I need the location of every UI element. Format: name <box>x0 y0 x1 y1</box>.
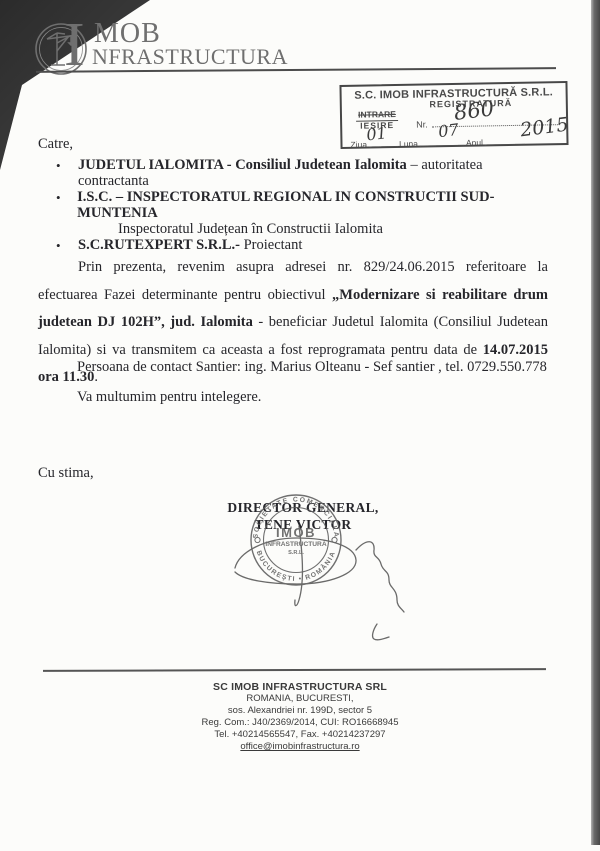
stamp-ziua-label: Ziua <box>350 140 367 150</box>
handwritten-day: 01 <box>365 123 388 144</box>
stamp-ziua-dots <box>369 145 397 147</box>
round-company-stamp-and-signature: SOCIETATE COMERCIALA BUCUREŞTI • ROMÂNIA… <box>225 488 420 658</box>
recipient-text: JUDETUL IALOMITA - Consiliul Judetean Ia… <box>78 158 556 189</box>
recipient-name: S.C.RUTEXPERT S.R.L.- <box>78 237 240 253</box>
recipient-item: • S.C.RUTEXPERT S.R.L.- Proiectant <box>56 238 556 254</box>
logo-text-infrastructura: NFRASTRUCTURA <box>92 44 288 70</box>
recipient-role: Proiectant <box>240 237 302 253</box>
recipient-name: JUDETUL IALOMITA - Consiliul Judetean Ia… <box>78 157 407 173</box>
scanned-letter-page: I MOB NFRASTRUCTURA S.C. IMOB INFRASTRUC… <box>0 0 600 851</box>
footer: SC IMOB INFRASTRUCTURA SRL ROMANIA, BUCU… <box>0 681 600 753</box>
contact-person-line: Persoana de contact Santier: ing. Marius… <box>77 359 547 376</box>
stamp-anul-label: Anul <box>466 137 483 147</box>
salutation: Catre, <box>38 136 73 153</box>
bullet-icon: • <box>56 190 77 221</box>
footer-registration-info: Reg. Com.: J40/2369/2014, CUI: RO1666894… <box>0 717 600 729</box>
handwritten-registration-number: 860 <box>453 96 496 125</box>
handwritten-month: 07 <box>437 120 460 141</box>
footer-address-country: ROMANIA, BUCURESTI, <box>0 693 600 705</box>
bullet-icon: • <box>56 158 78 189</box>
footer-company-name: SC IMOB INFRASTRUCTURA SRL <box>0 681 600 693</box>
round-stamp: SOCIETATE COMERCIALA BUCUREŞTI • ROMÂNIA… <box>251 495 341 585</box>
footer-email-link[interactable]: office@imobinfrastructura.ro <box>0 741 600 753</box>
stamp-nr-label: Nr. <box>416 119 428 129</box>
closing-salutation: Cu stima, <box>38 465 94 482</box>
recipient-subline: Inspectoratul Județean în Constructii Ia… <box>56 222 556 238</box>
recipient-item: • JUDETUL IALOMITA - Consiliul Judetean … <box>56 158 556 189</box>
handwritten-year: 2015 <box>519 114 570 142</box>
recipient-item: • I.S.C. – INSPECTORATUL REGIONAL IN CON… <box>56 190 556 221</box>
recipient-name: I.S.C. – INSPECTORATUL REGIONAL IN CONST… <box>77 190 556 221</box>
recipient-text: S.C.RUTEXPERT S.R.L.- Proiectant <box>78 238 302 254</box>
stamp-luna-label: Luna <box>399 139 418 149</box>
recipient-list: • JUDETUL IALOMITA - Consiliul Judetean … <box>56 158 556 254</box>
registration-stamp: S.C. IMOB INFRASTRUCTURĂ S.R.L. REGISTRA… <box>339 81 568 149</box>
stamp-luna-dots <box>420 144 464 147</box>
footer-phone-fax: Tel. +40214565547, Fax. +40214237297 <box>0 729 600 741</box>
thanks-line: Va multumim pentru intelegere. <box>77 389 261 406</box>
stamp-anul-dots <box>485 143 525 146</box>
logo-letter-i: I <box>64 14 85 76</box>
bullet-icon: • <box>56 238 78 254</box>
footer-address-street: sos. Alexandriei nr. 199D, sector 5 <box>0 705 600 717</box>
footer-divider <box>43 668 546 672</box>
